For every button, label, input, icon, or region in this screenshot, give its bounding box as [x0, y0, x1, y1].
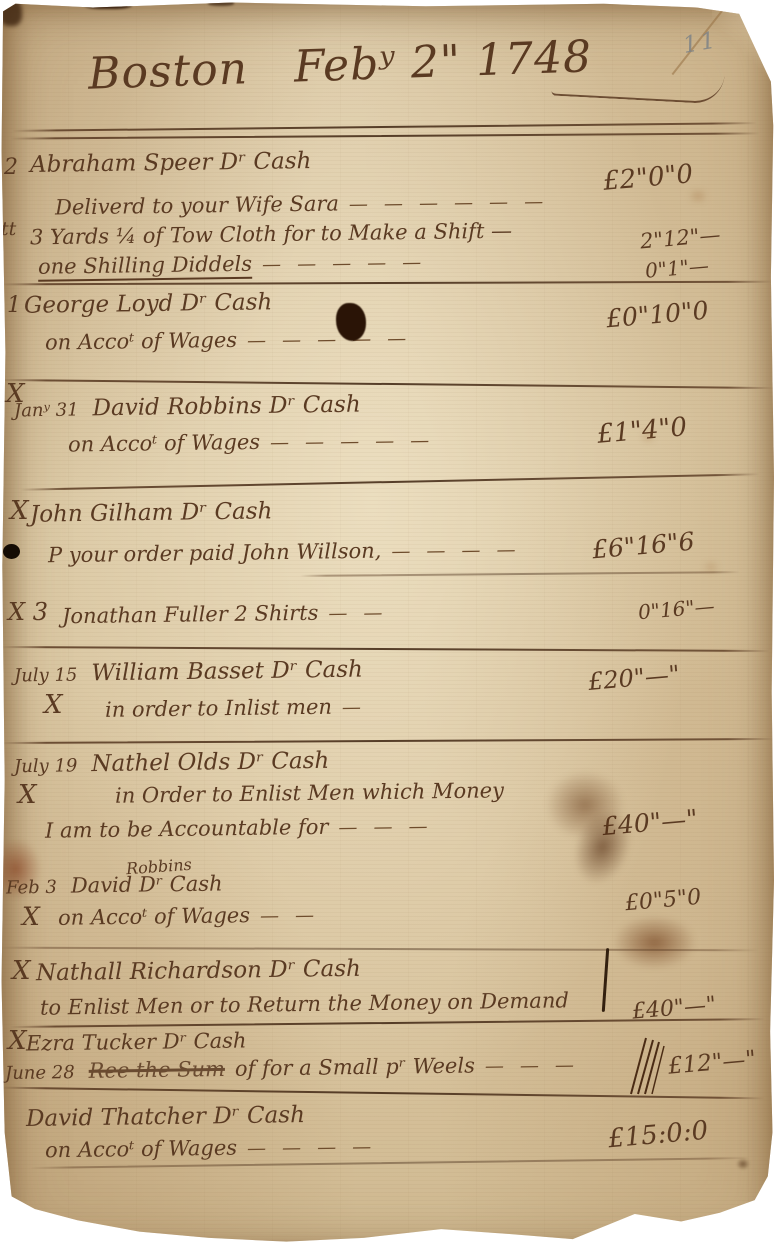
entry-margin: tt — [1, 218, 16, 240]
ruled-line — [0, 738, 774, 744]
entry-amount: £12"—" — [667, 1046, 757, 1080]
entry-text: Nathall Richardson Dʳ Cash — [36, 956, 361, 987]
entry-line: to Enlist Men or to Return the Money on … — [40, 988, 569, 1019]
entry-line: Nathall Richardson Dʳ Cash — [36, 956, 361, 987]
entry-margin: X — [10, 496, 29, 526]
fox-spot — [640, 430, 656, 444]
dash-leader: — — — [318, 602, 387, 625]
stain — [612, 915, 697, 970]
entry-amount: £2"0"0 — [602, 159, 694, 197]
ruled-line — [10, 132, 760, 139]
dash-leader: — — [332, 696, 366, 718]
entry-text: Deliverd to your Wife Sara — [55, 191, 339, 219]
ruled-line — [0, 646, 770, 652]
entry-text: one Shilling Diddels — [38, 252, 252, 282]
entry-text: P your order paid John Willson, — [48, 539, 382, 568]
dash-leader: — — — — [328, 815, 432, 838]
entry-line: on Accoᵗ of Wages— — — [58, 902, 319, 930]
dash-leader: — — — — — — [260, 429, 434, 453]
entry-line: 3 Yards ¼ of Tow Cloth for to Make a Shi… — [30, 219, 512, 250]
fox-spot — [688, 188, 708, 204]
entry-line: July 15William Basset Dʳ Cash — [14, 657, 363, 688]
header-place: Boston — [87, 43, 249, 100]
entry-text: William Basset Dʳ Cash — [91, 657, 363, 687]
entry-amount: 0"16"— — [637, 594, 715, 625]
page-header: BostonFebʸ 2" 1748 — [87, 31, 593, 100]
ink-blot — [336, 303, 366, 341]
entry-text: in order to Inlist men — [105, 695, 332, 722]
ruled-line — [20, 473, 760, 490]
dash-leader: — — — — — [381, 539, 520, 563]
entry-text: of for a Small pʳ Weels — [235, 1053, 475, 1080]
header-date: Febʸ 2" 1748 — [293, 31, 593, 92]
dash-stroke — [300, 571, 740, 576]
entry-line: June 28Ree the Sumof for a Small pʳ Weel… — [5, 1052, 579, 1084]
entry-text: David Dʳ Cash — [71, 871, 223, 897]
entry-line: George Loyd Dʳ Cash — [24, 289, 273, 318]
fox-spot — [736, 1158, 750, 1170]
entry-text: to Enlist Men or to Return the Money on … — [40, 988, 569, 1019]
entry-line: I am to be Accountable for— — — — [45, 813, 433, 842]
entry-line: David Thatcher Dʳ Cash — [26, 1102, 305, 1132]
pen-stroke — [602, 948, 609, 1012]
entry-text: on Accoᵗ of Wages — [45, 328, 237, 355]
dash-leader: — — — — — — [237, 327, 411, 351]
dash-leader: — — — — — — — [339, 191, 548, 216]
entry-margin: X 3 — [8, 598, 48, 626]
entry-amount: £15:0:0 — [607, 1116, 709, 1155]
entry-text: David Robbins Dʳ Cash — [92, 392, 360, 422]
entry-text: Abraham Speer Dʳ Cash — [30, 148, 312, 178]
ink-mark — [0, 0, 22, 26]
ruled-line — [0, 379, 774, 389]
dash-leader: — — — — — [237, 1136, 376, 1160]
entry-text: Nathel Olds Dʳ Cash — [91, 748, 329, 777]
ink-dot — [3, 544, 20, 559]
entry-line: Janʸ 31David Robbins Dʳ Cash — [14, 392, 361, 423]
dash-leader: — — — — — — [252, 251, 426, 275]
entry-line: on Accoᵗ of Wages— — — — — — [68, 427, 435, 456]
pen-scribble — [626, 1036, 666, 1096]
entry-amount: £0"5"0 — [624, 885, 702, 917]
entry-line: in Order to Enlist Men which Money — [115, 778, 504, 807]
entry-date: June 28 — [5, 1062, 75, 1084]
entry-margin: X — [44, 690, 63, 720]
entry-date: July 15 — [14, 665, 78, 687]
ink-mark — [208, 0, 234, 6]
entry-line: Deliverd to your Wife Sara— — — — — — — [55, 189, 548, 220]
entry-margin: 1 — [7, 293, 21, 318]
entry-margin: X — [18, 780, 37, 810]
dash-leader: — — — — [475, 1054, 579, 1077]
header-flourish — [551, 66, 724, 105]
ruled-line — [0, 281, 774, 286]
entry-text: George Loyd Dʳ Cash — [24, 289, 273, 318]
scanned-ledger-screenshot: 11 BostonFebʸ 2" 1748 2 Abraham Speer Dʳ… — [0, 0, 774, 1258]
ink-mark — [84, 0, 132, 9]
entry-amount: £20"—" — [587, 660, 681, 696]
entry-text: 3 Yards ¼ of Tow Cloth for to Make a Shi… — [30, 219, 512, 250]
entry-text: Ezra Tucker Dʳ Cash — [26, 1028, 247, 1055]
entry-line: P your order paid John Willson,— — — — — [48, 537, 521, 568]
entry-text: on Accoᵗ of Wages — [58, 903, 250, 930]
entry-margin: X — [22, 902, 40, 931]
entry-line: Jonathan Fuller 2 Shirts— — — [62, 600, 388, 629]
entry-text: in Order to Enlist Men which Money — [115, 778, 504, 807]
entry-line: July 19Nathel Olds Dʳ Cash — [14, 748, 330, 778]
entry-text: John Gilham Dʳ Cash — [30, 498, 273, 527]
entry-margin: X — [8, 1026, 27, 1056]
entry-text: I am to be Accountable for — [45, 815, 329, 843]
entry-line: on Accoᵗ of Wages— — — — — [45, 1134, 376, 1163]
entry-margin: 2 — [4, 155, 18, 180]
entry-line: John Gilham Dʳ Cash — [30, 498, 273, 527]
entry-amount: £6"16"6 — [591, 527, 696, 565]
ruled-line — [12, 122, 757, 132]
entry-amount: £0"10"0 — [605, 296, 710, 334]
entry-amount: 0"1"— — [644, 253, 710, 282]
entry-text: Jonathan Fuller 2 Shirts — [62, 601, 319, 629]
entry-text: on Accoᵗ of Wages — [68, 430, 260, 457]
entry-date: Feb 3 — [6, 877, 57, 899]
dash-leader: — — — [250, 904, 319, 927]
entry-line: Feb 3David Dʳ Cash — [6, 871, 223, 898]
entry-date: Janʸ 31 — [14, 400, 79, 422]
ledger-page: 11 BostonFebʸ 2" 1748 2 Abraham Speer Dʳ… — [0, 0, 774, 1258]
fox-spot — [702, 560, 720, 574]
entry-margin: X — [12, 956, 31, 986]
entry-amount: 2"12"— — [639, 223, 721, 254]
entry-line: Abraham Speer Dʳ Cash — [30, 148, 312, 178]
struck-text: Ree the Sum — [89, 1057, 226, 1083]
entry-date: July 19 — [14, 755, 78, 777]
entry-line: one Shilling Diddels— — — — — — [38, 249, 427, 278]
entry-text: David Thatcher Dʳ Cash — [26, 1102, 305, 1132]
entry-line: in order to Inlist men— — [105, 694, 366, 722]
entry-line: Ezra Tucker Dʳ Cash — [26, 1028, 247, 1055]
entry-text: on Accoᵗ of Wages — [45, 1136, 237, 1163]
